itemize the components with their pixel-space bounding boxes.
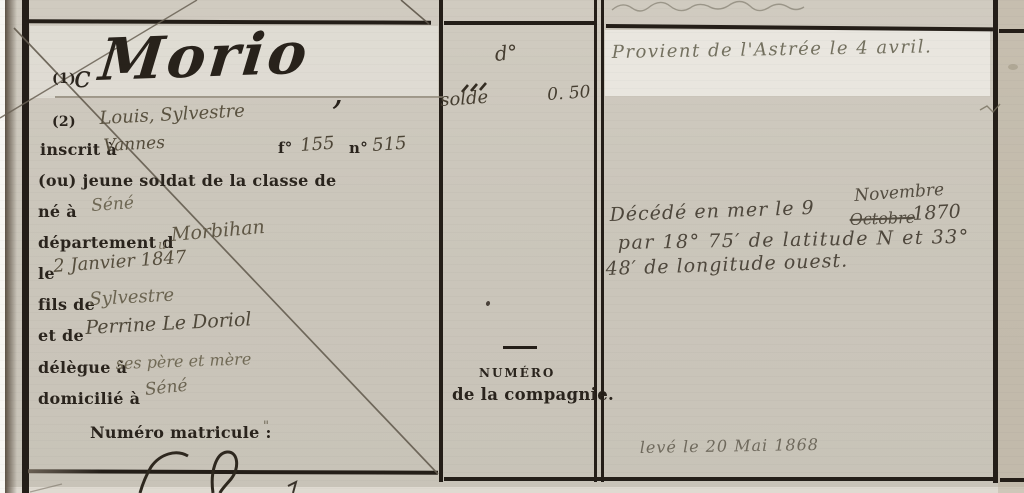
- inscrit-place-value: Vannes: [103, 133, 166, 156]
- leve-note: levé le 20 Mai 1868: [640, 435, 819, 457]
- numero-heading-dash: [503, 346, 537, 349]
- father-name-value: Sylvestre: [89, 285, 175, 310]
- next-record-flourish-2: [212, 452, 236, 493]
- top-cutoff-script: [612, 2, 804, 12]
- death-year: 1870: [912, 200, 961, 225]
- matricule-mark: ": [263, 419, 269, 434]
- register-page: (1) c Morio , (2) Louis, Sylvestre inscr…: [0, 0, 1024, 493]
- folio-label: f°: [278, 139, 293, 157]
- solde-label: solde: [440, 87, 489, 111]
- surname-comma: ,: [332, 72, 343, 113]
- field2-label: (2): [52, 114, 76, 130]
- domicile-label: domicilié à: [38, 389, 140, 408]
- class-label: (ou) jeune soldat de la classe de: [38, 171, 336, 190]
- margin-squiggle: [980, 104, 1000, 112]
- surname-value: Morio: [96, 19, 313, 94]
- numero-subheading: de la compagnie.: [452, 385, 614, 404]
- delegate-label: délègue à: [38, 358, 127, 377]
- matricule-label: Numéro matricule :: [90, 423, 272, 442]
- numero-label: n°: [349, 139, 368, 157]
- previous-row-diagonal: [401, 0, 429, 24]
- born-place-value: Séné: [91, 193, 135, 216]
- surname-prefix-mark: c: [74, 60, 91, 95]
- numero-heading: NUMÉRO: [479, 366, 555, 380]
- next-record-flourish-3: [288, 482, 296, 493]
- born-label: né à: [38, 202, 77, 221]
- margin-smudge: [1008, 64, 1018, 70]
- folio-number-value: 155: [300, 133, 336, 156]
- numero-value: 515: [372, 133, 408, 156]
- ditto-mark: d°: [493, 40, 518, 66]
- mother-label: et de: [38, 326, 84, 345]
- solde-value: 0. 50: [547, 82, 592, 105]
- field1-label: (1): [52, 71, 76, 87]
- death-month-struck: Octobre: [849, 208, 915, 229]
- next-row-diagonal-start: [30, 484, 62, 492]
- next-record-flourish-1: [140, 453, 188, 493]
- father-label: fils de: [38, 295, 95, 314]
